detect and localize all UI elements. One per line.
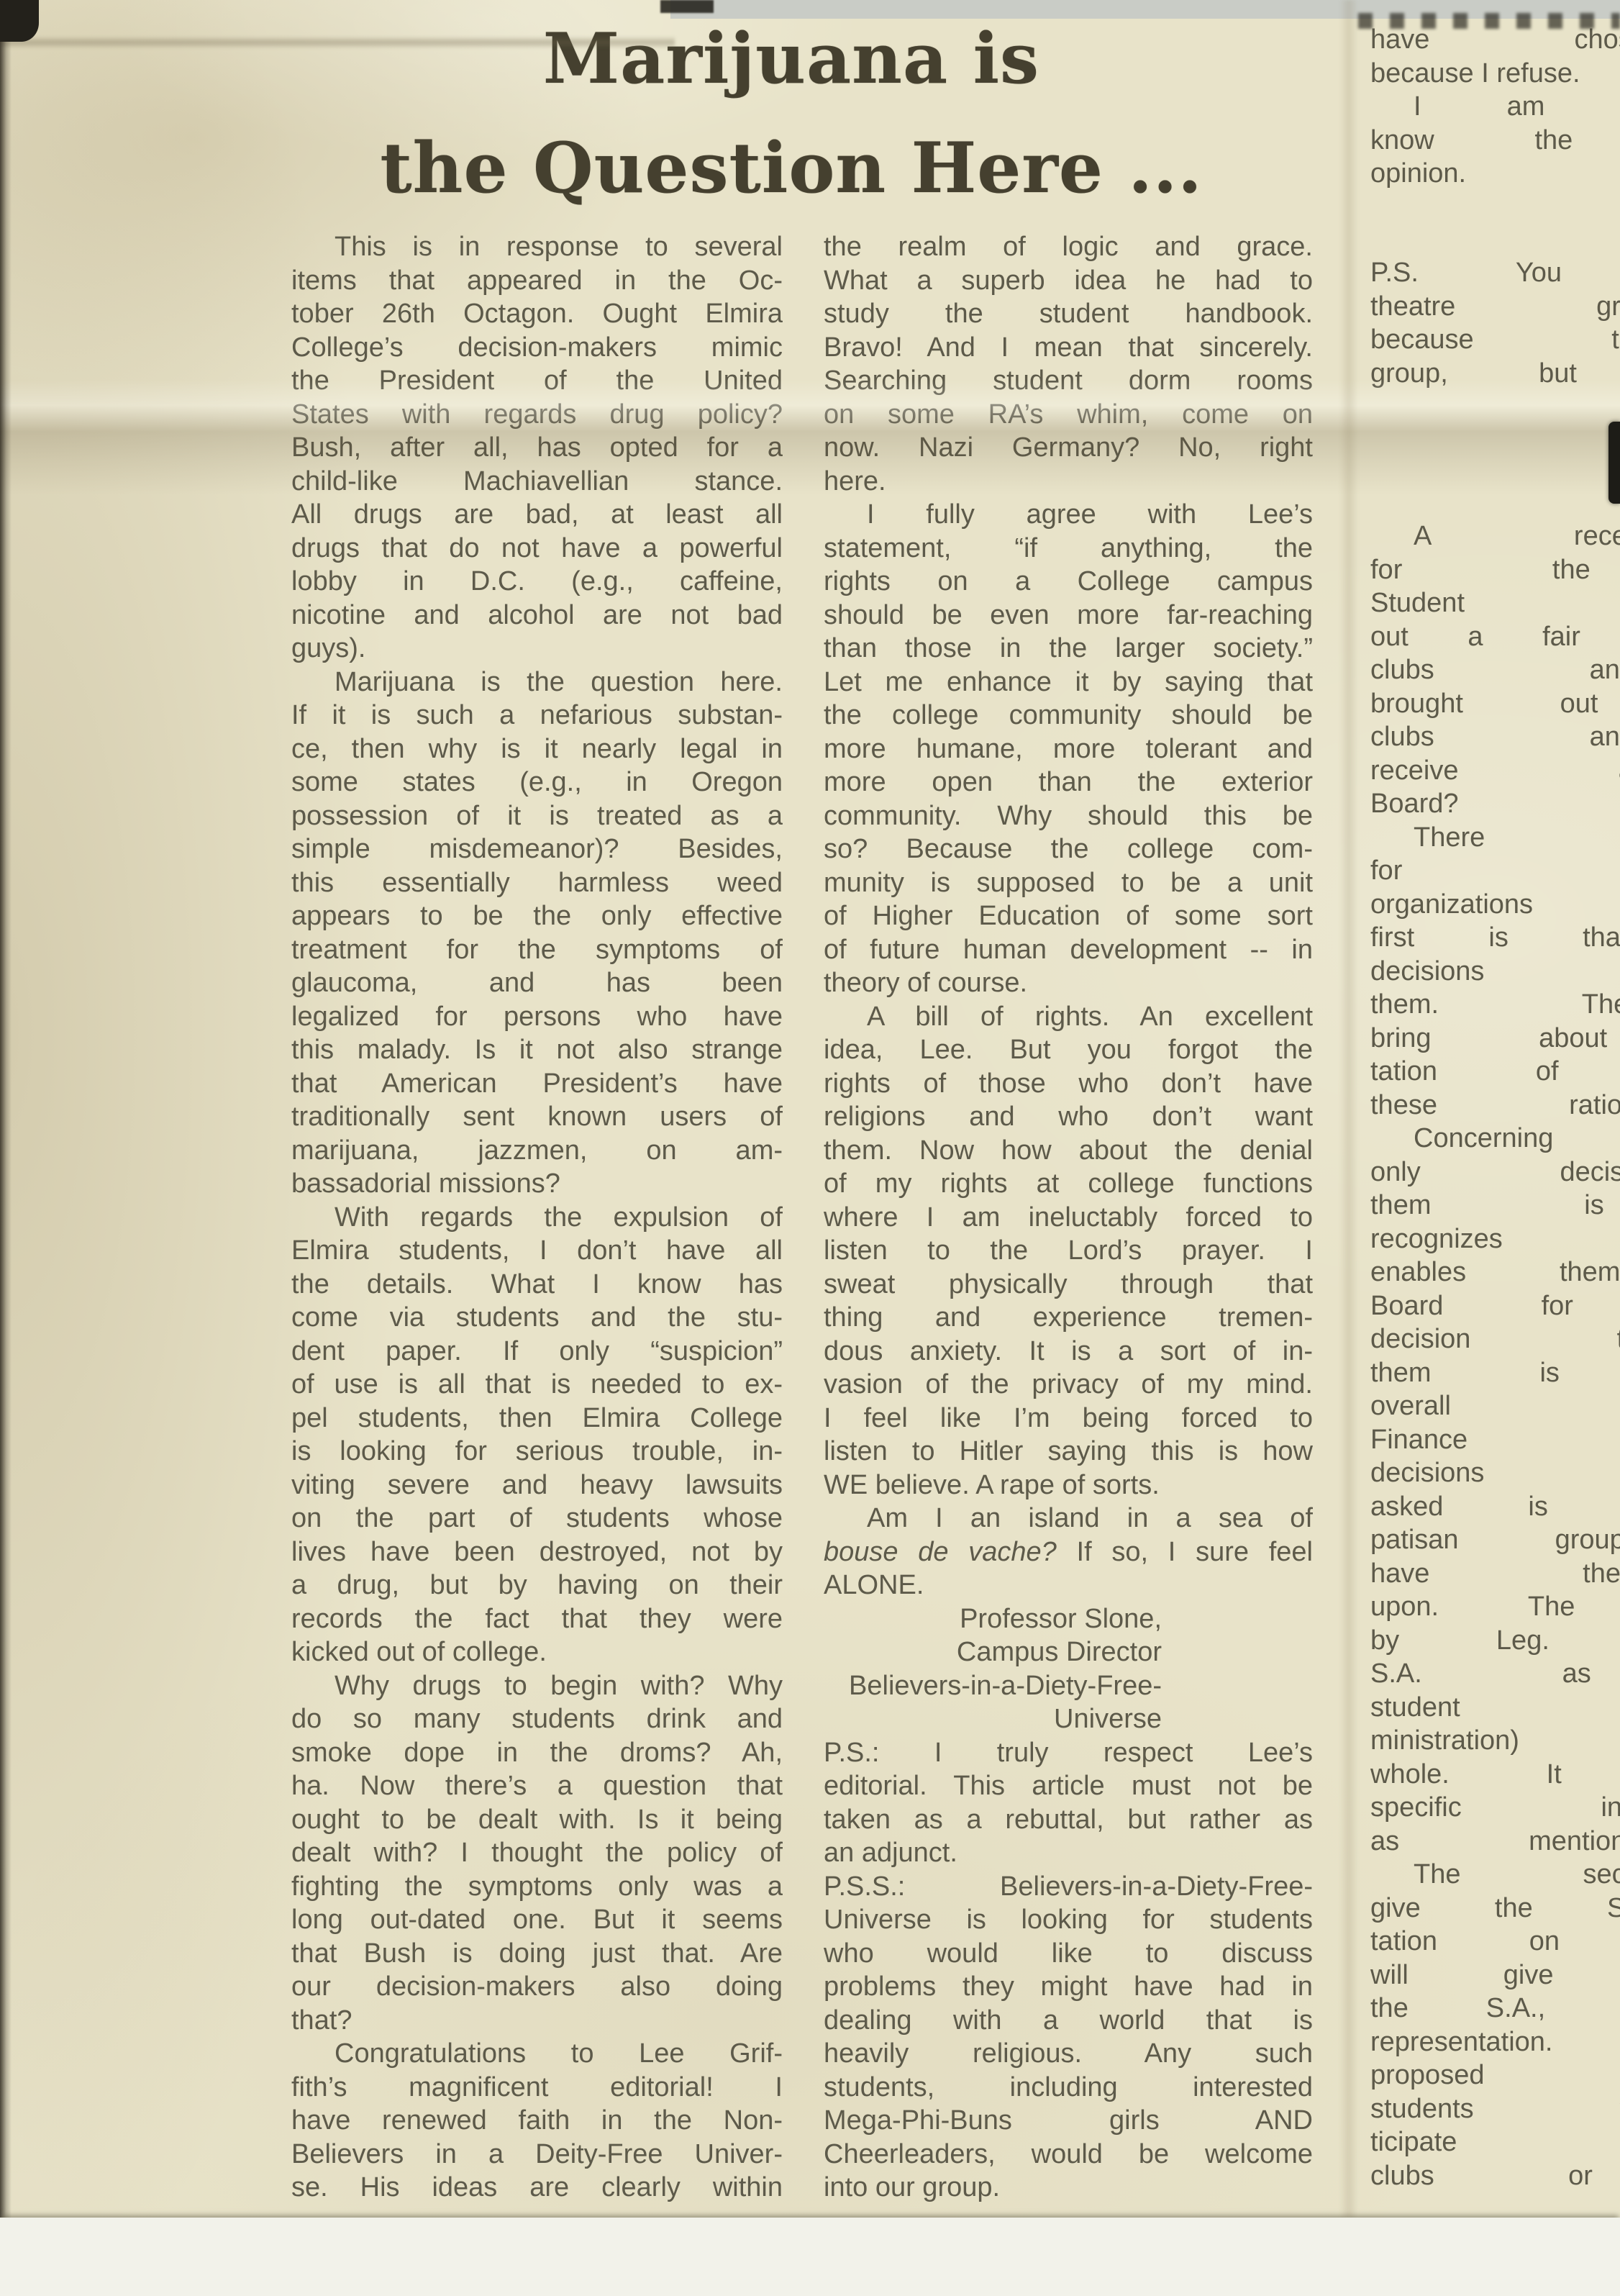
text-line: that? <box>291 2004 783 2038</box>
text-line: WE believe. A rape of sorts. <box>824 1469 1313 1502</box>
text-line: Cheerleaders, would be welcome <box>824 2138 1313 2172</box>
text-line: on the part of students whose <box>291 1502 783 1535</box>
text-line: on some RA’s whim, come on <box>824 398 1313 432</box>
text-line: have these two <box>1370 1557 1620 1591</box>
text-line: theory of course. <box>824 966 1313 1000</box>
text-line: editorial. This article must not be <box>824 1769 1313 1803</box>
text-line: ticipate specifical <box>1370 2125 1620 2159</box>
text-line: I fully agree with Lee’s <box>824 498 1313 532</box>
text-line: them is the ap <box>1370 1356 1620 1390</box>
text-line: The second poin <box>1370 1858 1620 1892</box>
text-line: that Bush is doing just that. Are <box>291 1937 783 1971</box>
text-line: Board? <box>1370 787 1620 821</box>
text-line: drugs that do not have a powerful <box>291 532 783 566</box>
text-line: clubs or organizati <box>1370 2159 1620 2193</box>
text-line: pel students, then Elmira College <box>291 1402 783 1435</box>
text-line: decision that ind <box>1370 1322 1620 1356</box>
text-line: recognizes them <box>1370 1222 1620 1256</box>
text-line: bouse de vache? If so, I sure feel <box>824 1535 1313 1569</box>
text-line: P.S. You failed to <box>1370 256 1620 290</box>
text-line: upon. The other ite <box>1370 1590 1620 1624</box>
corner-ink-mark <box>0 0 39 42</box>
text-line: rights of those who don’t have <box>824 1067 1313 1101</box>
text-line: of future human development -- in <box>824 933 1313 967</box>
text-line: Am I an island in a sea of <box>824 1502 1313 1535</box>
text-line: them. Now how about the denial <box>824 1134 1313 1168</box>
text-line: Student Associat <box>1370 586 1620 620</box>
text-line: of use is all that is needed to ex- <box>291 1368 783 1402</box>
text-line: listen to Hitler saying this is how <box>824 1435 1313 1469</box>
text-line: tober 26th Octagon. Ought Elmira <box>291 297 783 331</box>
text-line: will give more rep <box>1370 1959 1620 1992</box>
text-line: What a superb idea he had to <box>824 264 1313 298</box>
text-line: nicotine and alcohol are not bad <box>291 599 783 632</box>
text-line: ALONE. <box>824 1569 1313 1602</box>
text-line: thing and experience tremen- <box>824 1301 1313 1335</box>
text-line: heavily religious. Any such <box>824 2037 1313 2071</box>
text-line: Professor Slone, <box>824 1602 1162 1636</box>
text-line: by Leg. Board eit <box>1370 1624 1620 1658</box>
text-line: appears to be the only effective <box>291 899 783 933</box>
text-line: All drugs are bad, at least all <box>291 498 783 532</box>
column-right-ps: P.S. You failed totheatre group, anbecau… <box>1370 256 1620 390</box>
text-line: our decision-makers also doing <box>291 1970 783 2004</box>
text-line: If it is such a nefarious substan- <box>291 699 783 732</box>
text-line: fighting the symptoms only was a <box>291 1870 783 1904</box>
text-line: is looking for serious trouble, in- <box>291 1435 783 1469</box>
text-line: I am brave enou <box>1370 90 1620 124</box>
column-gutter-crease <box>1339 0 1358 2218</box>
text-line: this malady. Is it not also strange <box>291 1033 783 1067</box>
text-line: problems they might have had in <box>824 1970 1313 2004</box>
text-line: some states (e.g., in Oregon <box>291 766 783 799</box>
text-line: A recent item <box>1370 519 1620 553</box>
column-middle: the realm of logic and grace.What a supe… <box>824 230 1313 2205</box>
text-line: them. The secon <box>1370 988 1620 1022</box>
text-line: se. His ideas are clearly within <box>291 2171 783 2205</box>
column-right-top-fragment: have chosen notbecause I refuse.I am bra… <box>1370 23 1620 191</box>
text-line: come via students and the stu- <box>291 1301 783 1335</box>
text-line: overall budget <box>1370 1389 1620 1423</box>
text-line: asked is if a s <box>1370 1490 1620 1524</box>
text-line: fith’s magnificent editorial! I <box>291 2071 783 2105</box>
text-line: because I refuse. <box>1370 57 1620 91</box>
article-title-line1: Marijuana is <box>259 4 1324 114</box>
text-line: There are two <box>1370 821 1620 855</box>
text-line: items that appeared in the Oc- <box>291 264 783 298</box>
text-line: than those in the larger society.” <box>824 632 1313 666</box>
text-line: S.A. as individual <box>1370 1657 1620 1691</box>
text-line: should be even more far-reaching <box>824 599 1313 632</box>
text-line: study the student handbook. <box>824 297 1313 331</box>
text-line: of my rights at college functions <box>824 1167 1313 1201</box>
text-line: Universe is looking for students <box>824 1903 1313 1937</box>
text-line: tation of the stud <box>1370 1055 1620 1089</box>
text-line: more humane, more tolerant and <box>824 732 1313 766</box>
text-line: the realm of logic and grace. <box>824 230 1313 264</box>
text-line: this essentially harmless weed <box>291 866 783 900</box>
text-line: A bill of rights. An excellent <box>824 1000 1313 1034</box>
text-line: ministration) or t <box>1370 1724 1620 1758</box>
text-line: tation on Leg. Boa <box>1370 1925 1620 1959</box>
text-line: an adjunct. <box>824 1836 1313 1870</box>
text-line: Universe <box>824 1702 1162 1736</box>
text-line: Bush, after all, has opted for a <box>291 431 783 465</box>
text-line: the President of the United <box>291 364 783 398</box>
text-line: first is that the Le <box>1370 921 1620 955</box>
text-line: decisions which <box>1370 955 1620 989</box>
text-line: Bravo! And I mean that sincerely. <box>824 331 1313 365</box>
top-edge-ink-dash <box>660 0 714 13</box>
text-line: that American President’s have <box>291 1067 783 1101</box>
text-line: statement, “if anything, the <box>824 532 1313 566</box>
text-line: treatment for the symptoms of <box>291 933 783 967</box>
text-line: idea, Lee. But you forgot the <box>824 1033 1313 1067</box>
text-line: who would like to discuss <box>824 1937 1313 1971</box>
text-line: for having <box>1370 854 1620 888</box>
text-line: clubs and orga <box>1370 720 1620 754</box>
text-line: lobby in D.C. (e.g., caffeine, <box>291 565 783 599</box>
text-line: dent paper. If only “suspicion” <box>291 1335 783 1369</box>
text-line: rights on a College campus <box>824 565 1313 599</box>
newspaper-page-scan: Marijuana is the Question Here ... This … <box>0 0 1620 2296</box>
text-line: because they sha <box>1370 323 1620 357</box>
text-line: into our group. <box>824 2171 1313 2205</box>
text-line: ha. Now there’s a question that <box>291 1769 783 1803</box>
text-line: Searching student dorm rooms <box>824 364 1313 398</box>
text-line: whole. It does no <box>1370 1758 1620 1792</box>
text-line: dealing with a world that is <box>824 2004 1313 2038</box>
left-scan-edge <box>0 0 12 2220</box>
text-line: marijuana, jazzmen, on am- <box>291 1134 783 1168</box>
text-line: listen to the Lord’s prayer. I <box>824 1234 1313 1268</box>
text-line: student concern <box>1370 1691 1620 1725</box>
text-line: here. <box>824 465 1313 499</box>
text-line: bring about a f <box>1370 1022 1620 1056</box>
text-line: dous anxiety. It is a sort of in- <box>824 1335 1313 1369</box>
text-line: Congratulations to Lee Grif- <box>291 2037 783 2071</box>
text-line: taken as a rebuttal, but rather as <box>824 1803 1313 1837</box>
text-line: give the S.A. a fa <box>1370 1892 1620 1925</box>
text-line: Believers-in-a-Diety-Free- <box>824 1669 1162 1703</box>
text-line: Elmira students, I don’t have all <box>291 1234 783 1268</box>
text-line: Campus Director <box>824 1635 1162 1669</box>
text-line: This is in response to several <box>291 230 783 264</box>
text-line: brought out the q <box>1370 687 1620 721</box>
text-line: specific interest g <box>1370 1791 1620 1825</box>
text-line: now. Nazi Germany? No, right <box>824 431 1313 465</box>
text-line: religions and who don’t want <box>824 1100 1313 1134</box>
text-line: only decision that <box>1370 1156 1620 1189</box>
text-line: them is whethe <box>1370 1189 1620 1222</box>
text-line: the S.A., it will n <box>1370 1992 1620 2025</box>
text-line: Let me enhance it by saying that <box>824 666 1313 699</box>
text-line: know the girls in <box>1370 124 1620 158</box>
text-line: have renewed faith in the Non- <box>291 2104 783 2138</box>
text-line: the college community should be <box>824 699 1313 732</box>
text-line: do so many students drink and <box>291 1702 783 1736</box>
page-fold-shadow <box>0 380 1620 495</box>
text-line: P.S.: I truly respect Lee’s <box>824 1736 1313 1770</box>
text-line: viting severe and heavy lawsuits <box>291 1469 783 1502</box>
text-line: students, including interested <box>824 2071 1313 2105</box>
text-line: the details. What I know has <box>291 1268 783 1302</box>
text-line: child-like Machiavellian stance. <box>291 465 783 499</box>
text-line: Marijuana is the question here. <box>291 666 783 699</box>
text-line: community. Why should this be <box>824 799 1313 833</box>
text-line: P.S.S.: Believers-in-a-Diety-Free- <box>824 1870 1313 1904</box>
text-line: so? Because the college com- <box>824 832 1313 866</box>
text-line: With regards the expulsion of <box>291 1201 783 1235</box>
text-line: records the fact that they were <box>291 1602 783 1636</box>
text-line: Mega-Phi-Buns girls AND <box>824 2104 1313 2138</box>
text-line: where I am ineluctably forced to <box>824 1201 1313 1235</box>
text-line: decisions the qu <box>1370 1456 1620 1490</box>
text-line: sweat physically through that <box>824 1268 1313 1302</box>
text-line: out a fair way to a <box>1370 620 1620 654</box>
text-line: more open than the exterior <box>824 766 1313 799</box>
text-line: lives have been destroyed, not by <box>291 1535 783 1569</box>
text-line: ce, then why is it nearly legal in <box>291 732 783 766</box>
text-line: Board for a budg <box>1370 1289 1620 1323</box>
text-line: Why drugs to begin with? Why <box>291 1669 783 1703</box>
text-line: a drug, but by having on their <box>291 1569 783 1602</box>
text-line: patisan group is t <box>1370 1523 1620 1557</box>
text-line: Believers in a Deity-Free Univer- <box>291 2138 783 2172</box>
text-line: for the legislativ <box>1370 553 1620 587</box>
text-line: long out-dated one. But it seems <box>291 1903 783 1937</box>
text-line: glaucoma, and has been <box>291 966 783 1000</box>
text-line: group, but rather a <box>1370 357 1620 391</box>
text-line: theatre group, an <box>1370 290 1620 324</box>
column-left: This is in response to severalitems that… <box>291 230 783 2205</box>
text-line: guys). <box>291 632 783 666</box>
text-line: receive a vote <box>1370 754 1620 788</box>
text-line: I feel like I’m being forced to <box>824 1402 1313 1435</box>
cut-text-smudge <box>1358 13 1620 29</box>
text-line: States with regards drug policy? <box>291 398 783 432</box>
text-line: munity is supposed to be a unit <box>824 866 1313 900</box>
text-line: students who ch <box>1370 2092 1620 2126</box>
text-line: ought to be dealt with. Is it being <box>291 1803 783 1837</box>
text-line: possession of it is treated as a <box>291 799 783 833</box>
text-line: traditionally sent known users of <box>291 1100 783 1134</box>
text-line: Concerning the <box>1370 1122 1620 1156</box>
text-line: simple misdemeanor)? Besides, <box>291 832 783 866</box>
column-right-main: A recent itemfor the legislativStudent A… <box>1370 519 1620 2192</box>
right-edge-ink-mark <box>1608 422 1620 504</box>
text-line: as mentioned abov <box>1370 1825 1620 1859</box>
text-line: these rationale are <box>1370 1089 1620 1122</box>
text-line: dealt with? I thought the policy of <box>291 1836 783 1870</box>
text-line: bassadorial missions? <box>291 1167 783 1201</box>
text-line: proposed system <box>1370 2059 1620 2092</box>
text-line: Finance Board. <box>1370 1423 1620 1457</box>
text-line: kicked out of college. <box>291 1635 783 1669</box>
text-line: organizations rec <box>1370 888 1620 922</box>
text-line: enables them to p <box>1370 1256 1620 1289</box>
text-line: of Higher Education of some sort <box>824 899 1313 933</box>
paper-bottom-edge <box>0 2218 1620 2296</box>
article-title-line2: the Question Here ... <box>259 114 1324 223</box>
text-line: representation. <box>1370 2025 1620 2059</box>
text-line: legalized for persons who have <box>291 1000 783 1034</box>
text-line: College’s decision-makers mimic <box>291 331 783 365</box>
text-line: clubs and orga <box>1370 653 1620 687</box>
top-paper-curl-shadow <box>0 36 675 49</box>
text-line: vasion of the privacy of my mind. <box>824 1368 1313 1402</box>
text-line: opinion. <box>1370 157 1620 191</box>
text-line: smoke dope in the droms? Ah, <box>291 1736 783 1770</box>
